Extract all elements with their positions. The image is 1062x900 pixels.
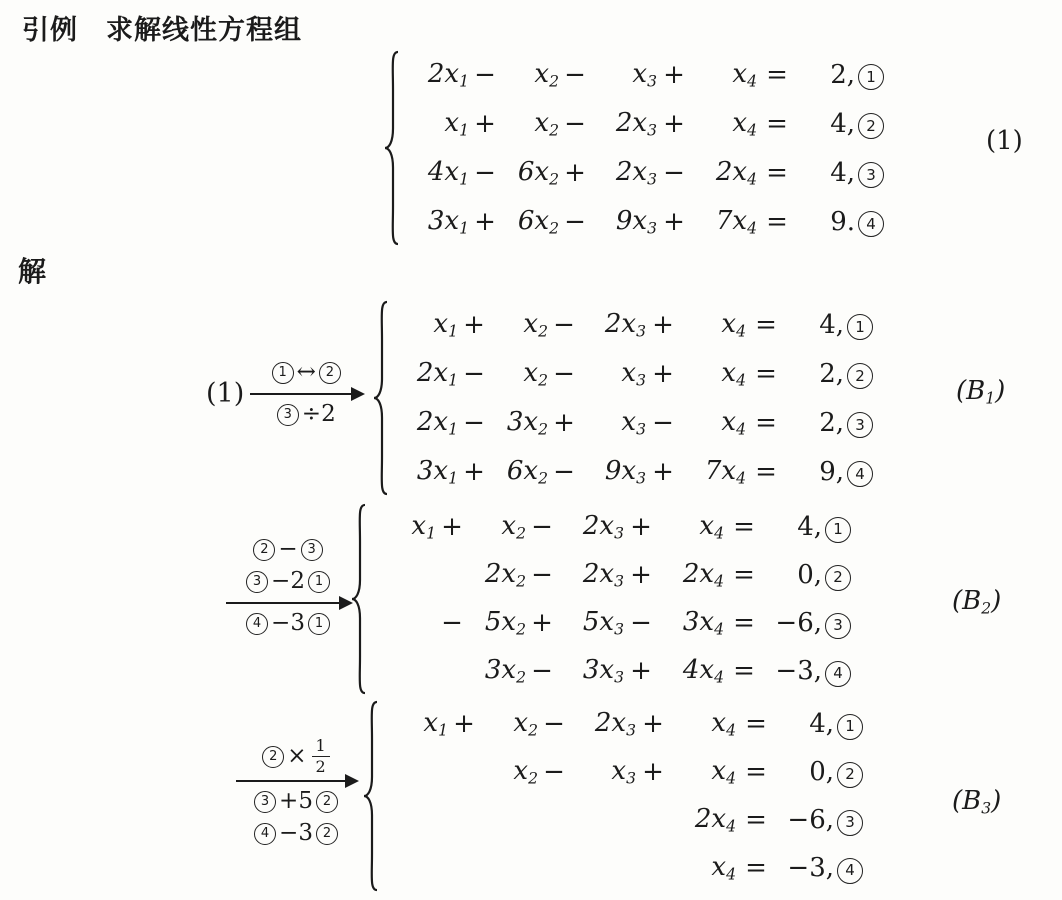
- equation-label: 4: [834, 852, 880, 884]
- equation-number-b1: (B1): [956, 376, 1005, 407]
- equation-term: 7x4: [691, 206, 757, 237]
- equals-sign: =: [724, 512, 764, 542]
- operator: −: [526, 512, 558, 542]
- equation-term: 2x4: [670, 804, 736, 835]
- equation-term: 2x3: [591, 157, 657, 188]
- equals-sign: =: [757, 158, 797, 188]
- conditions-below-arrow: 4−31: [246, 609, 330, 639]
- equation-label: 3: [822, 607, 868, 639]
- circled-number: 3: [254, 791, 276, 813]
- equation-term: x4: [680, 358, 746, 389]
- equals-sign: =: [724, 608, 764, 638]
- operator: +: [646, 457, 680, 487]
- operator: −: [526, 560, 558, 590]
- equation-label: 1: [855, 59, 901, 91]
- circled-number: 3: [837, 810, 863, 836]
- right-arrow-icon: [226, 602, 350, 604]
- operator: −2: [271, 567, 305, 597]
- equation-label: 3: [855, 157, 901, 189]
- equation-row: x2−x3+x4=0,2: [384, 748, 880, 796]
- equation-term: x4: [670, 852, 736, 883]
- operator: −: [559, 109, 591, 139]
- equals-sign: =: [757, 109, 797, 139]
- transform-condition: 1↔2: [272, 358, 341, 388]
- equation-term: x4: [658, 511, 724, 542]
- system-b3: x1+x2−2x3+x4=4,1x2−x3+x4=0,22x4=−6,3x4=−…: [360, 700, 880, 892]
- circled-number: 1: [272, 362, 294, 384]
- equation-term: x4: [680, 407, 746, 438]
- operator: +: [436, 512, 468, 542]
- equation-label: 2: [822, 559, 868, 591]
- equation-term: 2x1: [405, 59, 469, 90]
- rhs-value: −6,: [776, 805, 834, 835]
- transform-condition: 3÷2: [277, 400, 336, 430]
- equals-sign: =: [736, 853, 776, 883]
- rhs-value: 9,: [786, 457, 844, 487]
- equation-term: x2: [480, 756, 538, 787]
- right-arrow-icon: [250, 393, 362, 395]
- circled-number: 2: [262, 746, 284, 768]
- equals-sign: =: [746, 408, 786, 438]
- circled-number: 4: [837, 858, 863, 884]
- transform-condition: 2×12: [262, 738, 329, 775]
- equation-term: x2: [501, 59, 559, 90]
- circled-number: 1: [308, 613, 330, 635]
- conditions-above-arrow: 2×12: [262, 738, 329, 775]
- operator: +: [636, 709, 670, 739]
- operator: −: [548, 310, 580, 340]
- equation-term: 2x3: [558, 511, 624, 542]
- rhs-value: −6,: [764, 608, 822, 638]
- equation-term: 2x2: [468, 559, 526, 590]
- operator: +: [624, 656, 658, 686]
- transform-step-2: 2−33−21 4−31: [220, 535, 350, 639]
- rhs-value: −3,: [764, 656, 822, 686]
- left-brace: [348, 503, 368, 695]
- equation-term: x4: [680, 309, 746, 340]
- source-system-ref: (1): [206, 378, 244, 409]
- equation-term: x2: [490, 358, 548, 389]
- operator: −3: [279, 819, 313, 849]
- operator: +: [526, 608, 558, 638]
- equation-term: x3: [580, 407, 646, 438]
- circled-number: 1: [308, 571, 330, 593]
- circled-number: 2: [825, 565, 851, 591]
- operator: −: [469, 60, 501, 90]
- equation-row: x1+x2−2x3+x4=4,2: [405, 99, 901, 148]
- equation-term: 3x2: [490, 407, 548, 438]
- equation-term: x4: [670, 756, 736, 787]
- equation-row: x1+x2−2x3+x4=4,1: [372, 503, 868, 551]
- fraction-denominator: 2: [316, 757, 326, 775]
- solution-label: 解: [18, 250, 46, 290]
- equation-term: x2: [501, 108, 559, 139]
- equals-sign: =: [746, 359, 786, 389]
- conditions-below-arrow: 3+524−32: [254, 787, 338, 849]
- rhs-value: 4,: [786, 310, 844, 340]
- operator: −: [624, 608, 658, 638]
- equation-row: 2x4=−6,3: [384, 796, 880, 844]
- rhs-value: 4,: [776, 709, 834, 739]
- circled-number: 3: [825, 613, 851, 639]
- operator: −: [559, 60, 591, 90]
- operator: +: [469, 109, 501, 139]
- operator: +: [657, 207, 691, 237]
- equation-term: x2: [490, 309, 548, 340]
- equation-term: 6x2: [501, 157, 559, 188]
- equation-term: x3: [580, 358, 646, 389]
- equation-number-b2: (B2): [952, 586, 1001, 617]
- equation-row: 2x1−x2−x3+x4=2,2: [394, 349, 890, 398]
- equations-system-b2: x1+x2−2x3+x4=4,12x2−2x3+2x4=0,2−5x2+5x3−…: [372, 503, 868, 695]
- operator: +: [657, 60, 691, 90]
- transform-step-3: 2×12 3+524−32: [230, 738, 356, 849]
- equation-row: 3x2−3x3+4x4=−3,4: [372, 647, 868, 695]
- operator: +: [646, 359, 680, 389]
- equation-label: 1: [834, 708, 880, 740]
- operator: ÷2: [302, 400, 336, 430]
- transform-condition: 3+52: [254, 787, 338, 817]
- equation-label: 4: [844, 456, 890, 488]
- equations-system-b1: x1+x2−2x3+x4=4,12x1−x2−x3+x4=2,22x1−3x2+…: [394, 300, 890, 496]
- equation-term: x4: [691, 108, 757, 139]
- equation-term: x2: [468, 511, 526, 542]
- operator: +: [548, 408, 580, 438]
- equals-sign: =: [746, 457, 786, 487]
- equation-row: 3x1+6x2−9x3+7x4=9,4: [394, 447, 890, 496]
- circled-number: 3: [246, 571, 268, 593]
- equals-sign: =: [724, 560, 764, 590]
- circled-number: 3: [301, 539, 323, 561]
- equation-term: 2x3: [558, 559, 624, 590]
- equation-term: 2x4: [691, 157, 757, 188]
- equation-term: 9x3: [580, 456, 646, 487]
- equation-term: 6x2: [501, 206, 559, 237]
- operator: +: [636, 757, 670, 787]
- equation-term: x3: [570, 756, 636, 787]
- operator: −: [538, 709, 570, 739]
- right-arrow-icon: [236, 780, 356, 782]
- operator: −: [657, 158, 691, 188]
- circled-number: 2: [837, 762, 863, 788]
- equation-term: 2x1: [394, 407, 458, 438]
- example-heading: 引例求解线性方程组: [22, 8, 302, 47]
- operator: −: [436, 608, 468, 638]
- equations-system-b3: x1+x2−2x3+x4=4,1x2−x3+x4=0,22x4=−6,3x4=−…: [384, 700, 880, 892]
- conditions-above-arrow: 1↔2: [272, 358, 341, 388]
- equation-label: 2: [844, 358, 890, 390]
- equation-row: −5x2+5x3−3x4=−6,3: [372, 599, 868, 647]
- circled-number: 1: [825, 517, 851, 543]
- equation-term: x1: [405, 108, 469, 139]
- fraction: 12: [312, 738, 330, 775]
- circled-number: 4: [825, 661, 851, 687]
- operator: −: [458, 359, 490, 389]
- operator: −: [278, 535, 297, 565]
- equation-term: 6x2: [490, 456, 548, 487]
- circled-number: 2: [316, 823, 338, 845]
- operator: +: [448, 709, 480, 739]
- operator: +: [624, 512, 658, 542]
- circled-number: 2: [319, 362, 341, 384]
- operator: −: [548, 359, 580, 389]
- circled-number: 2: [253, 539, 275, 561]
- operator: +: [624, 560, 658, 590]
- equation-label: 3: [844, 407, 890, 439]
- equation-row: 3x1+6x2−9x3+7x4=9.4: [405, 197, 901, 246]
- transform-condition: 2−3: [253, 535, 322, 565]
- operator: +: [657, 109, 691, 139]
- operator: +5: [279, 787, 313, 817]
- rhs-value: 0,: [776, 757, 834, 787]
- rhs-value: 2,: [786, 408, 844, 438]
- circled-number: 2: [858, 113, 884, 139]
- operator: −: [538, 757, 570, 787]
- circled-number: 4: [254, 823, 276, 845]
- operator: −: [646, 408, 680, 438]
- equation-term: 2x3: [570, 708, 636, 739]
- operator: −: [559, 207, 591, 237]
- system-b2: x1+x2−2x3+x4=4,12x2−2x3+2x4=0,2−5x2+5x3−…: [348, 503, 868, 695]
- equation-term: x2: [480, 708, 538, 739]
- circled-number: 4: [858, 211, 884, 237]
- equation-number-1: (1): [986, 126, 1023, 156]
- system-1: 2x1−x2−x3+x4=2,1x1+x2−2x3+x4=4,24x1−6x2+…: [381, 50, 901, 246]
- equation-row: 4x1−6x2+2x3−2x4=4,3: [405, 148, 901, 197]
- equation-term: 4x1: [405, 157, 469, 188]
- equation-term: 2x4: [658, 559, 724, 590]
- equation-label: 4: [822, 655, 868, 687]
- equals-sign: =: [736, 805, 776, 835]
- operator: +: [559, 158, 591, 188]
- circled-number: 1: [847, 314, 873, 340]
- equation-term: 7x4: [680, 456, 746, 487]
- equation-term: 3x2: [468, 655, 526, 686]
- equals-sign: =: [724, 656, 764, 686]
- equals-sign: =: [736, 709, 776, 739]
- rhs-value: −3,: [776, 853, 834, 883]
- rhs-value: 2,: [797, 60, 855, 90]
- transform-condition: 4−32: [254, 819, 338, 849]
- equation-term: 3x1: [394, 456, 458, 487]
- equation-label: 2: [834, 756, 880, 788]
- rhs-value: 2,: [786, 359, 844, 389]
- equation-row: 2x1−x2−x3+x4=2,1: [405, 50, 901, 99]
- equation-label: 4: [855, 206, 901, 238]
- circled-number: 3: [277, 404, 299, 426]
- equals-sign: =: [736, 757, 776, 787]
- operator: ×: [287, 742, 306, 772]
- operator: −: [458, 408, 490, 438]
- fraction-numerator: 1: [312, 738, 330, 757]
- operator: −: [548, 457, 580, 487]
- equation-term: x1: [372, 511, 436, 542]
- operator: +: [458, 457, 490, 487]
- textbook-page: 引例求解线性方程组 2x1−x2−x3+x4=2,1x1+x2−2x3+x4=4…: [0, 0, 1062, 900]
- equation-term: 3x4: [658, 607, 724, 638]
- transform-arrow-group: 2−33−21 4−31: [226, 535, 350, 639]
- equation-label: 1: [822, 511, 868, 543]
- equation-term: 5x2: [468, 607, 526, 638]
- equation-term: x1: [384, 708, 448, 739]
- equation-row: 2x1−3x2+x3−x4=2,3: [394, 398, 890, 447]
- circled-number: 3: [847, 412, 873, 438]
- operator: −3: [271, 609, 305, 639]
- transform-condition: 4−31: [246, 609, 330, 639]
- equation-term: x4: [691, 59, 757, 90]
- rhs-value: 9.: [797, 207, 855, 237]
- operator: −: [526, 656, 558, 686]
- transform-arrow-group: 1↔2 3÷2: [250, 358, 362, 430]
- equation-term: x3: [591, 59, 657, 90]
- equation-row: x4=−3,4: [384, 844, 880, 892]
- equation-term: 2x1: [394, 358, 458, 389]
- example-tag: 引例: [22, 15, 78, 46]
- equations-system-1: 2x1−x2−x3+x4=2,1x1+x2−2x3+x4=4,24x1−6x2+…: [405, 50, 901, 246]
- operator: −: [469, 158, 501, 188]
- equals-sign: =: [757, 207, 797, 237]
- equation-term: 9x3: [591, 206, 657, 237]
- circled-number: 4: [847, 461, 873, 487]
- equation-label: 1: [844, 309, 890, 341]
- equation-label: 3: [834, 804, 880, 836]
- rhs-value: 4,: [764, 512, 822, 542]
- operator: +: [646, 310, 680, 340]
- transform-arrow-group: 2×12 3+524−32: [236, 738, 356, 849]
- equation-term: 4x4: [658, 655, 724, 686]
- circled-number: 2: [847, 363, 873, 389]
- equals-sign: =: [757, 60, 797, 90]
- equals-sign: =: [746, 310, 786, 340]
- equation-term: x1: [394, 309, 458, 340]
- equation-term: 2x3: [580, 309, 646, 340]
- rhs-value: 4,: [797, 109, 855, 139]
- conditions-below-arrow: 3÷2: [277, 400, 336, 430]
- transform-condition: 3−21: [246, 567, 330, 597]
- left-brace: [381, 50, 401, 246]
- conditions-above-arrow: 2−33−21: [246, 535, 330, 597]
- circled-number: 1: [837, 714, 863, 740]
- equation-row: x1+x2−2x3+x4=4,1: [394, 300, 890, 349]
- equation-number-b3: (B3): [952, 786, 1001, 817]
- equation-row: x1+x2−2x3+x4=4,1: [384, 700, 880, 748]
- operator: +: [469, 207, 501, 237]
- operator: ↔: [297, 358, 316, 388]
- equation-term: 3x3: [558, 655, 624, 686]
- rhs-value: 4,: [797, 158, 855, 188]
- equation-term: 2x3: [591, 108, 657, 139]
- operator: +: [458, 310, 490, 340]
- left-brace: [360, 700, 380, 892]
- transform-step-1: (1) 1↔2 3÷2: [206, 358, 362, 430]
- equation-term: 3x1: [405, 206, 469, 237]
- circled-number: 4: [246, 613, 268, 635]
- example-title: 求解线性方程组: [106, 15, 302, 46]
- equation-label: 2: [855, 108, 901, 140]
- circled-number: 3: [858, 162, 884, 188]
- system-b1: x1+x2−2x3+x4=4,12x1−x2−x3+x4=2,22x1−3x2+…: [370, 300, 890, 496]
- circled-number: 2: [316, 791, 338, 813]
- left-brace: [370, 300, 390, 496]
- equation-row: 2x2−2x3+2x4=0,2: [372, 551, 868, 599]
- rhs-value: 0,: [764, 560, 822, 590]
- equation-term: x4: [670, 708, 736, 739]
- circled-number: 1: [858, 64, 884, 90]
- equation-term: 5x3: [558, 607, 624, 638]
